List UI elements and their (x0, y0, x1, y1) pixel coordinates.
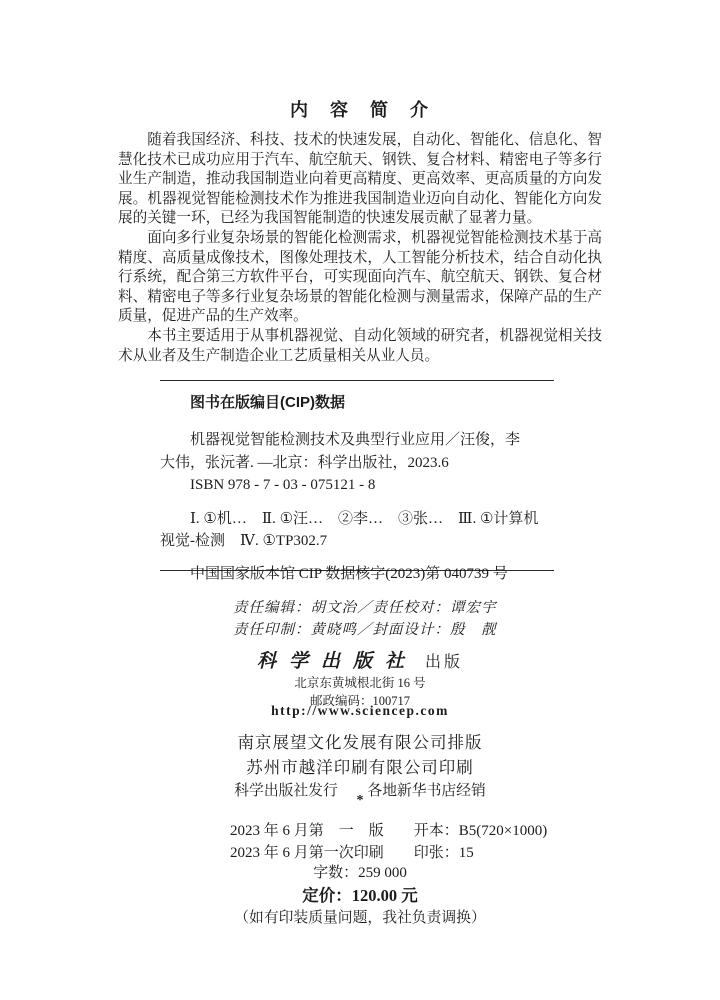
word-count-line: 字数：259 000 (0, 861, 720, 882)
edition-line: 2023 年 6 月第 一 版 开本：B5(720×1000) (230, 819, 547, 840)
page-title: 内 容 简 介 (0, 96, 720, 122)
intro-paragraph: 本书主要适用于从事机器视觉、自动化领域的研究者，机器视觉相关技术从业者及生产制造… (118, 327, 602, 366)
quality-note: （如有印装质量问题，我社负责调换） (0, 906, 720, 927)
intro-section: 随着我国经济、科技、技术的快速发展，自动化、智能化、信息化、智慧化技术已成功应用… (118, 131, 602, 366)
printing-company-line: 苏州市越洋印刷有限公司印刷 (0, 754, 720, 778)
publisher-logo: 科学出版社 (257, 650, 417, 672)
credits-print-design-line: 责任印制：黄晓鸣／封面设计：殷 靓 (233, 619, 497, 641)
intro-paragraph: 面向多行业复杂场景的智能化检测需求，机器视觉智能检测技术基于高精度、高质量成像技… (118, 229, 602, 327)
staff-credits: 责任编辑：胡文治／责任校对：谭宏宇 责任印制：黄晓鸣／封面设计：殷 靓 (233, 597, 497, 641)
cip-record: 机器视觉智能检测技术及典型行业应用／汪俊，李 大伟，张沅著. —北京：科学出版社… (160, 429, 554, 497)
cip-data-box: 图书在版编目(CIP)数据 机器视觉智能检测技术及典型行业应用／汪俊，李 大伟，… (160, 380, 554, 571)
credits-editors-line: 责任编辑：胡文治／责任校对：谭宏宇 (233, 597, 497, 619)
cip-classification-line: 视觉-检测 Ⅳ. ①TP302.7 (160, 530, 554, 553)
cip-heading: 图书在版编目(CIP)数据 (190, 391, 554, 412)
separator-star: * (0, 793, 720, 809)
cip-isbn-line: ISBN 978 - 7 - 03 - 075121 - 8 (160, 474, 554, 497)
cip-record-line: 机器视觉智能检测技术及典型行业应用／汪俊，李 (160, 429, 554, 452)
publisher-address: 北京东黄城根北街 16 号 (0, 673, 720, 691)
publisher-row: 科学出版社 出版 (0, 646, 720, 673)
publish-label: 出版 (425, 654, 463, 671)
price-line: 定价：120.00 元 (0, 882, 720, 906)
intro-paragraph: 随着我国经济、科技、技术的快速发展，自动化、智能化、信息化、智慧化技术已成功应用… (118, 131, 602, 229)
cip-registry-number: 中国国家版本馆 CIP 数据核字(2023)第 040739 号 (160, 562, 554, 583)
cip-classification-line: Ⅰ. ①机… Ⅱ. ①汪… ②李… ③张… Ⅲ. ①计算机 (160, 508, 554, 531)
print-run-line: 2023 年 6 月第一次印刷 印张：15 (230, 841, 474, 862)
cip-record-line: 大伟，张沅著. —北京：科学出版社，2023.6 (160, 452, 554, 475)
publisher-website: http://www.sciencep.com (0, 703, 720, 719)
cip-classification: Ⅰ. ①机… Ⅱ. ①汪… ②李… ③张… Ⅲ. ①计算机 视觉-检测 Ⅳ. ①… (160, 508, 554, 553)
typesetting-company-line: 南京展望文化发展有限公司排版 (0, 729, 720, 753)
